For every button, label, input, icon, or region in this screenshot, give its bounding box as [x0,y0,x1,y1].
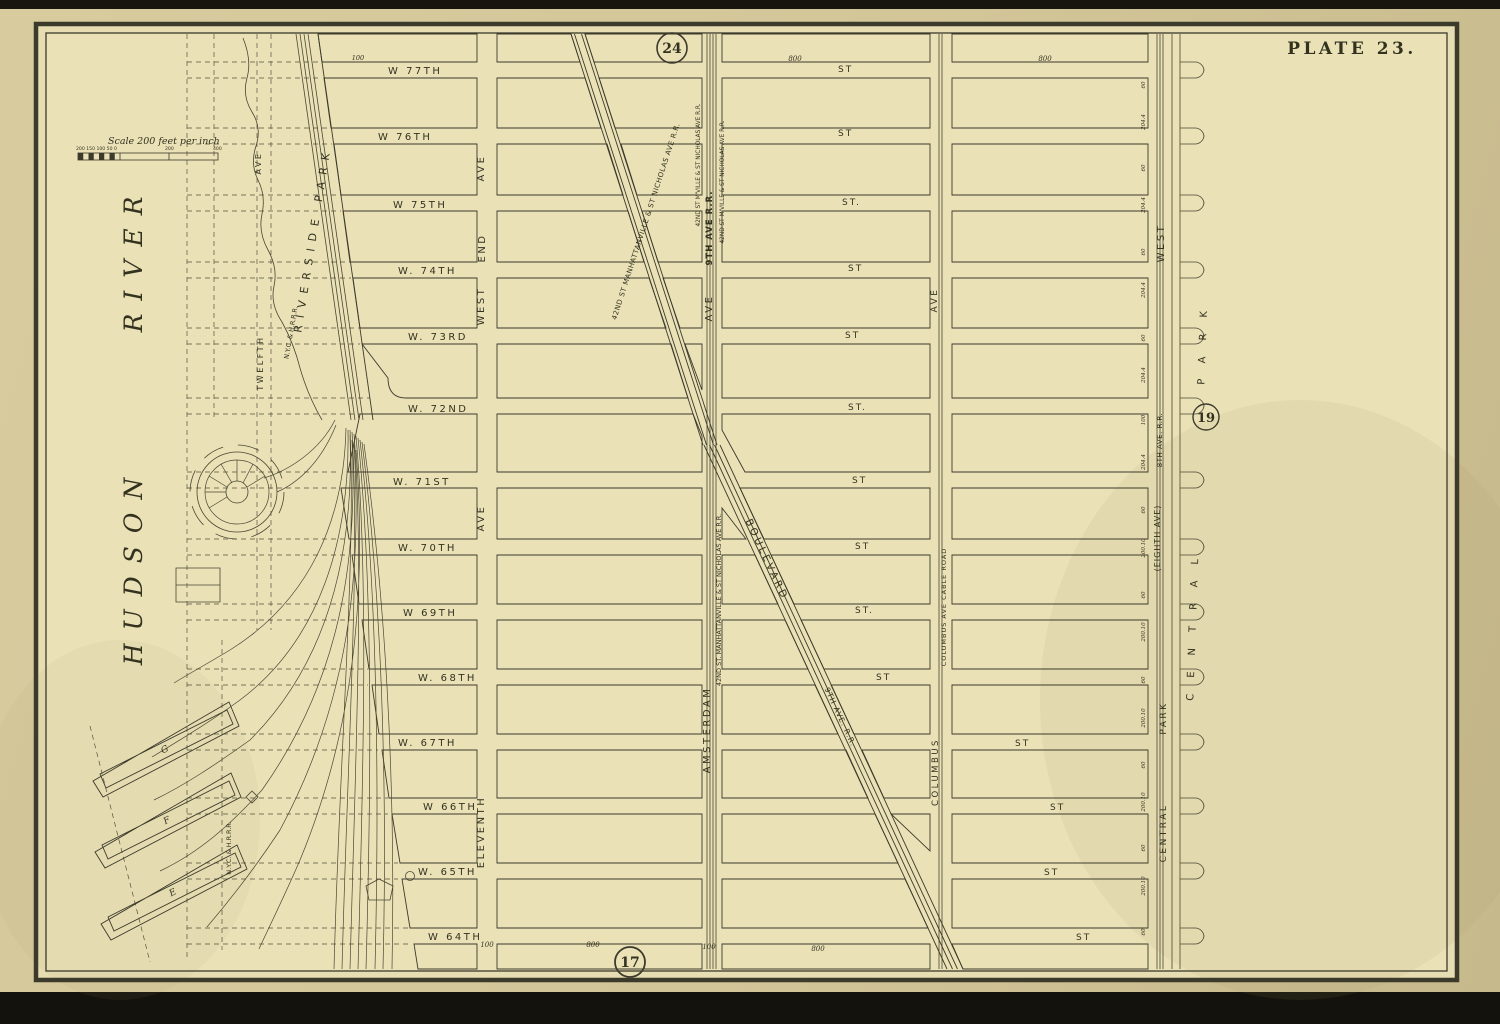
columbus-ave-label: COLUMBUS [931,738,941,806]
map-plate: PLATE 23. 24 19 17 Scale 200 feet per in… [0,0,1500,1024]
street-label-w69: W 69TH [403,608,457,619]
amsterdam-ave-label-ave: AVE [704,295,715,322]
street-suffix-w65: ST [1044,868,1059,878]
street-label-w66: W 66TH [423,802,477,813]
scale-title: Scale 200 feet per inch [108,136,220,147]
street-label-w73: W. 73RD [408,332,468,343]
dim-bottom-100a: 100 [480,941,494,949]
eighth-ave-rr-label: 8TH AVE. R.R. [1156,413,1164,467]
street-suffix-w75: ST. [842,198,861,208]
street-suffix-w76: ST [838,129,853,139]
cpw-dim-16: 60 [1141,761,1147,768]
cpw-label-park: PARK [1159,701,1169,734]
cpw-lot-dimensions: 60 204.4 60 204.4 60 204.4 60 204.4 100 … [1141,81,1147,935]
plate-ref-top-number: 24 [662,41,682,57]
cpw-dim-14: 60 [1141,676,1147,683]
cpw-label-west: WEST [1156,224,1167,263]
dim-top-800a: 800 [788,55,802,63]
hudson-river-label-1: HUDSON [119,465,148,666]
street-label-w65: W. 65TH [418,867,477,878]
plate-ref-bottom-number: 17 [620,955,639,971]
cpw-dim-17: 200.10 [1141,792,1147,813]
street-label-w64: W 64TH [428,932,482,943]
plate-ref-right-number: 19 [1197,411,1215,426]
street-label-w67: W. 67TH [398,738,457,749]
cpw-dim-3: 204.4 [1141,197,1147,214]
scale-tick-mid: 200 [165,146,174,152]
cpw-dim-11: 200.10 [1141,538,1147,559]
street-suffix-w64: ST [1076,933,1091,943]
street-suffix-w72: ST. [848,403,867,413]
cpw-dim-5: 204.4 [1141,282,1147,299]
plate-title: PLATE 23. [1287,39,1417,59]
manhattanville-rr-amsterdam-label: 42ND ST. MANHATTANVILLE & ST NICHOLAS AV… [715,514,723,686]
cpw-dim-15: 200.10 [1141,708,1147,729]
cpw-dim-10: 60 [1141,506,1147,513]
west-end-ave-label-west: WEST [476,287,487,326]
cpw-dim-9: 204.4 [1141,454,1147,471]
street-label-w70: W. 70TH [398,543,457,554]
manhattanville-rr-side-e-label: 42ND ST M'VILLE & ST NICHOLAS AVE R.R. [720,120,726,243]
dim-bottom-800b: 800 [811,945,825,953]
west-end-ave-label-end: END [477,234,488,263]
cpw-dim-0: 60 [1141,81,1147,88]
twelfth-ave-label-ave: AVE [254,152,263,175]
cpw-dim-13: 200.10 [1141,622,1147,643]
street-suffix-w71: ST [852,476,867,486]
street-label-w76: W 76TH [378,132,432,143]
street-suffix-w66: ST [1050,803,1065,813]
cpw-dim-12: 60 [1141,591,1147,598]
cpw-dim-2: 60 [1141,164,1147,171]
cpw-dim-6: 60 [1141,334,1147,341]
street-suffix-w74: ST [848,264,863,274]
atlas-page: PLATE 23. 24 19 17 Scale 200 feet per in… [0,0,1500,1024]
cpw-dim-7: 204.4 [1141,367,1147,384]
street-label-w68: W. 68TH [418,673,477,684]
hudson-river-label-2: RIVER [119,184,148,334]
dim-top-800b: 800 [1038,55,1052,63]
cpw-dim-4: 60 [1141,248,1147,255]
scale-tick-right: 400 [213,146,222,152]
eleventh-ave-label-ave: AVE [476,505,487,532]
cpw-dim-19: 200.10 [1141,876,1147,897]
street-label-w72: W. 72ND [408,404,469,415]
nyc-hudson-rr-label-2: N.Y.C. & H.R.R.R. [225,821,233,874]
cpw-dim-1: 204.4 [1141,114,1147,131]
dim-bottom-800a: 800 [586,941,600,949]
street-suffix-w70: ST [855,542,870,552]
cpw-dim-8: 100 [1141,414,1147,425]
street-label-w71: W. 71ST [393,477,451,488]
scale-ticks-left: 200 150 100 50 0 [76,146,117,152]
twelfth-ave-label: TWELFTH [256,335,265,391]
street-label-w75: W 75TH [393,200,447,211]
columbus-ave-label-ave: AVE [930,288,940,313]
manhattanville-rr-side-w-label: 42ND ST M'VILLE & ST NICHOLAS AVE R.R. [696,103,702,226]
street-suffix-w73: ST [845,331,860,341]
eleventh-ave-label: ELEVENTH [476,796,487,868]
street-suffix-w77: ST [838,65,853,75]
columbus-cable-road-label: COLUMBUS AVE CABLE ROAD [940,548,948,667]
cpw-dim-20: 60 [1141,928,1147,935]
eighth-ave-label: (EIGHTH AVE) [1153,505,1162,572]
street-label-w77: W 77TH [388,66,442,77]
west-end-ave-label-ave: AVE [476,155,487,182]
cpw-dim-18: 60 [1141,844,1147,851]
street-suffix-w68: ST [876,673,891,683]
street-suffix-w67: ST [1015,739,1030,749]
dim-bottom-100b: 100 [702,943,716,951]
dim-top-100: 100 [352,54,364,62]
cpw-label-central: CENTRAL [1159,804,1169,863]
amsterdam-ave-label: AMSTERDAM [702,687,713,774]
ninth-ave-rr-top-label: 9TH AVE R.R. [705,191,715,266]
street-label-w74: W. 74TH [398,266,457,277]
street-suffix-w69: ST. [855,606,874,616]
